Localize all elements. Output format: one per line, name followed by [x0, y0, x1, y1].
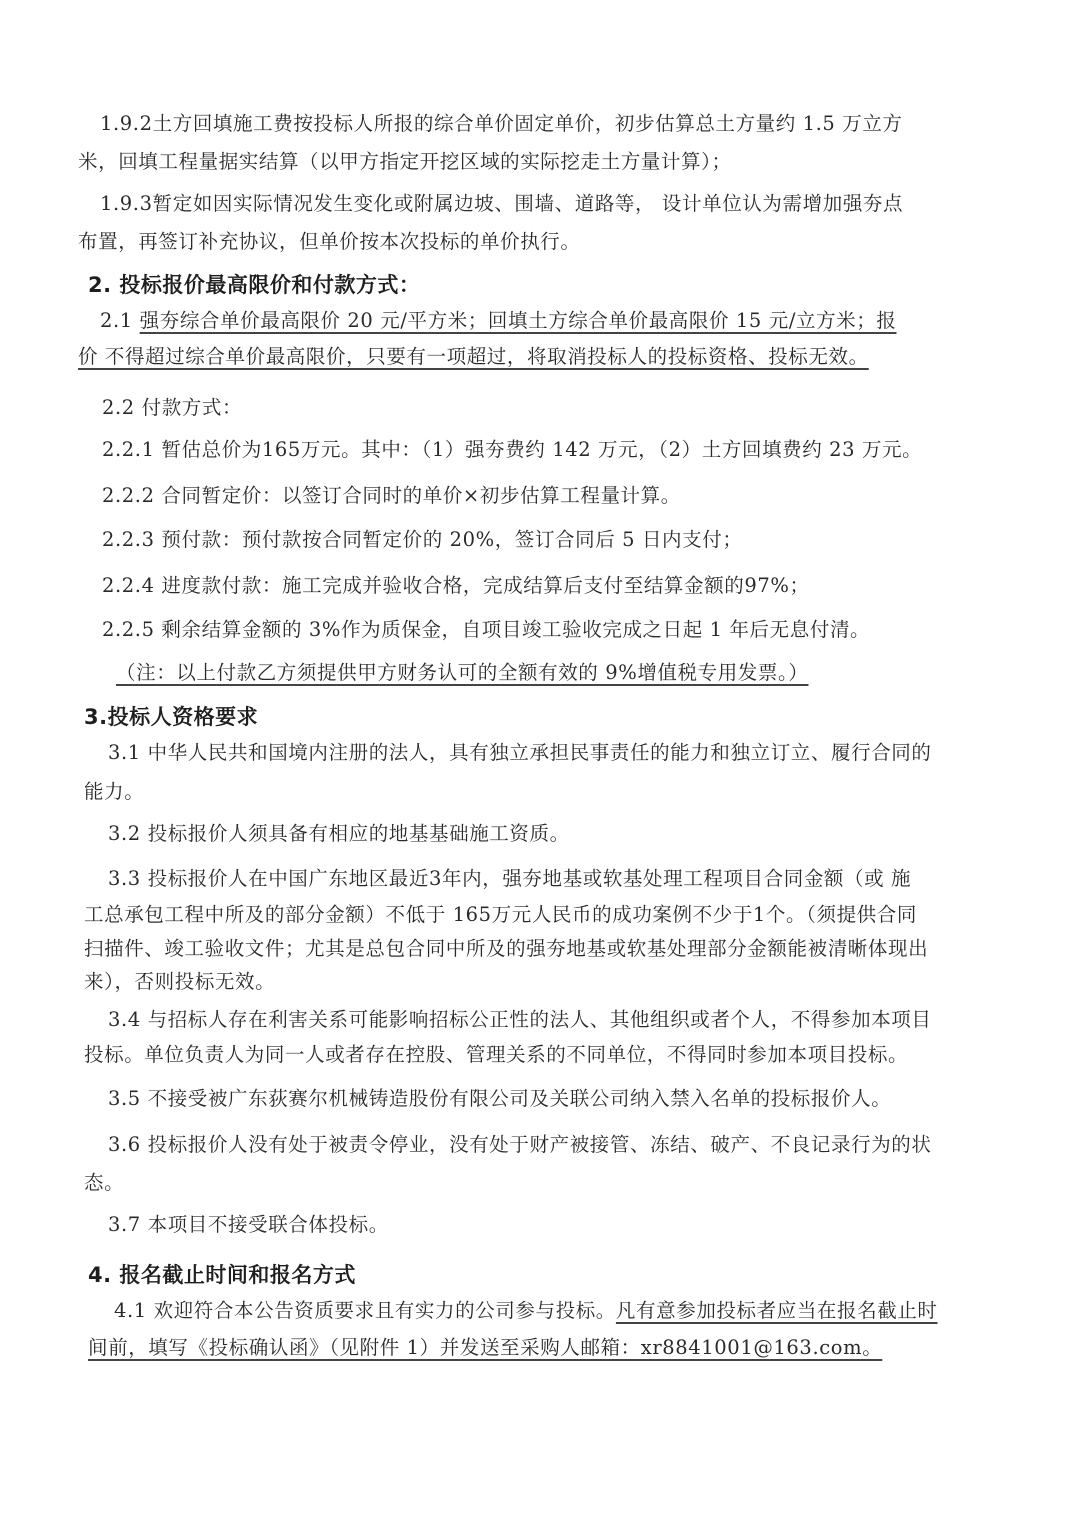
para-3-3-line-4: 来），否则投标无效。 [84, 970, 275, 994]
para-2-2-3: 2.2.3 预付款：预付款按合同暂定价的 20%，签订合同后 5 日内支付； [102, 528, 742, 552]
para-3-4-line-1: 3.4 与招标人存在利害关系可能影响招标公正性的法人、其他组织或者个人，不得参加… [108, 1008, 932, 1032]
para-1-9-3-line-1: 1.9.3暂定如因实际情况发生变化或附属边坡、围墙、道路等， 设计单位认为需增加… [100, 192, 903, 216]
para-3-3-line-3: 扫描件、竣工验收文件；尤其是总包合同中所及的强夯地基或软基处理部分金额能被清晰体… [84, 937, 928, 961]
para-3-7: 3.7 本项目不接受联合体投标。 [108, 1213, 389, 1237]
para-4-1-underlined-text-2: 间前，填写《投标确认函》（见附件 1）并发送至采购人邮箱：xr8841001@1… [88, 1336, 882, 1359]
section-4-heading: 4. 报名截止时间和报名方式 [88, 1262, 356, 1288]
para-4-1-line-1: 4.1 欢迎符合本公告资质要求且有实力的公司参与投标。凡有意参加投标者应当在报名… [114, 1299, 938, 1323]
para-3-3-line-1: 3.3 投标报价人在中国广东地区最近3年内，强夯地基或软基处理工程项目合同金额（… [108, 867, 911, 891]
section-2-heading: 2. 投标报价最高限价和付款方式： [88, 272, 420, 298]
payment-note-text: （注：以上付款乙方须提供甲方财务认可的全额有效的 9%增值税专用发票。） [116, 661, 808, 684]
para-1-9-2-line-1: 1.9.2土方回填施工费按投标人所报的综合单价固定单价，初步估算总土方量约 1.… [100, 112, 903, 136]
payment-note: （注：以上付款乙方须提供甲方财务认可的全额有效的 9%增值税专用发票。） [116, 661, 808, 685]
para-4-1-line-2: 间前，填写《投标确认函》（见附件 1）并发送至采购人邮箱：xr8841001@1… [88, 1336, 882, 1360]
para-4-1-underlined-text-1: 凡有意参加投标者应当在报名截止时 [616, 1299, 938, 1322]
para-1-9-3-line-2: 布置，再签订补充协议，但单价按本次投标的单价执行。 [78, 230, 581, 254]
para-3-4-line-2: 投标。单位负责人为同一人或者存在控股、管理关系的不同单位，不得同时参加本项目投标… [84, 1043, 908, 1067]
para-2-2-4: 2.2.4 进度款付款：施工完成并验收合格，完成结算后支付至结算金额的97%； [102, 574, 810, 598]
para-3-6-line-1: 3.6 投标报价人没有处于被责令停业，没有处于财产被接管、冻结、破产、不良记录行… [108, 1133, 932, 1157]
section-3-heading: 3.投标人资格要求 [84, 704, 258, 730]
para-2-1-underlined-text-2: 价 不得超过综合单价最高限价，只要有一项超过，将取消投标人的投标资格、投标无效。 [78, 345, 869, 368]
para-2-2: 2.2 付款方式： [102, 396, 242, 420]
document-page: 1.9.2土方回填施工费按投标人所报的综合单价固定单价，初步估算总土方量约 1.… [0, 0, 1071, 1527]
para-3-3-line-2: 工总承包工程中所及的部分金额）不低于 165万元人民币的成功案例不少于1个。（须… [84, 903, 917, 927]
para-2-2-1: 2.2.1 暂估总价为165万元。其中：（1）强夯费约 142 万元，（2）土方… [102, 438, 922, 462]
para-1-9-2-line-2: 米，回填工程量据实结算（以甲方指定开挖区域的实际挖走土方量计算）； [78, 150, 732, 174]
para-2-2-2: 2.2.2 合同暂定价：以签订合同时的单价×初步估算工程量计算。 [102, 484, 681, 508]
para-3-1-line-2: 能力。 [84, 780, 144, 804]
para-3-2: 3.2 投标报价人须具备有相应的地基基础施工资质。 [108, 822, 570, 846]
para-2-1-line-1: 2.1 强夯综合单价最高限价 20 元/平方米；回填土方综合单价最高限价 15 … [100, 309, 897, 333]
para-3-6-line-2: 态。 [84, 1171, 124, 1195]
para-2-1-line-2: 价 不得超过综合单价最高限价，只要有一项超过，将取消投标人的投标资格、投标无效。 [78, 345, 869, 369]
para-3-1-line-1: 3.1 中华人民共和国境内注册的法人，具有独立承担民事责任的能力和独立订立、履行… [108, 741, 932, 765]
para-4-1-plain-text: 4.1 欢迎符合本公告资质要求且有实力的公司参与投标。 [114, 1299, 616, 1322]
para-2-1-number: 2.1 [100, 309, 140, 332]
para-2-1-underlined-text-1: 强夯综合单价最高限价 20 元/平方米；回填土方综合单价最高限价 15 元/立方… [140, 309, 897, 332]
para-3-5: 3.5 不接受被广东荻赛尔机械铸造股份有限公司及关联公司纳入禁入名单的投标报价人… [108, 1087, 891, 1111]
para-2-2-5: 2.2.5 剩余结算金额的 3%作为质保金，自项目竣工验收完成之日起 1 年后无… [102, 618, 870, 642]
